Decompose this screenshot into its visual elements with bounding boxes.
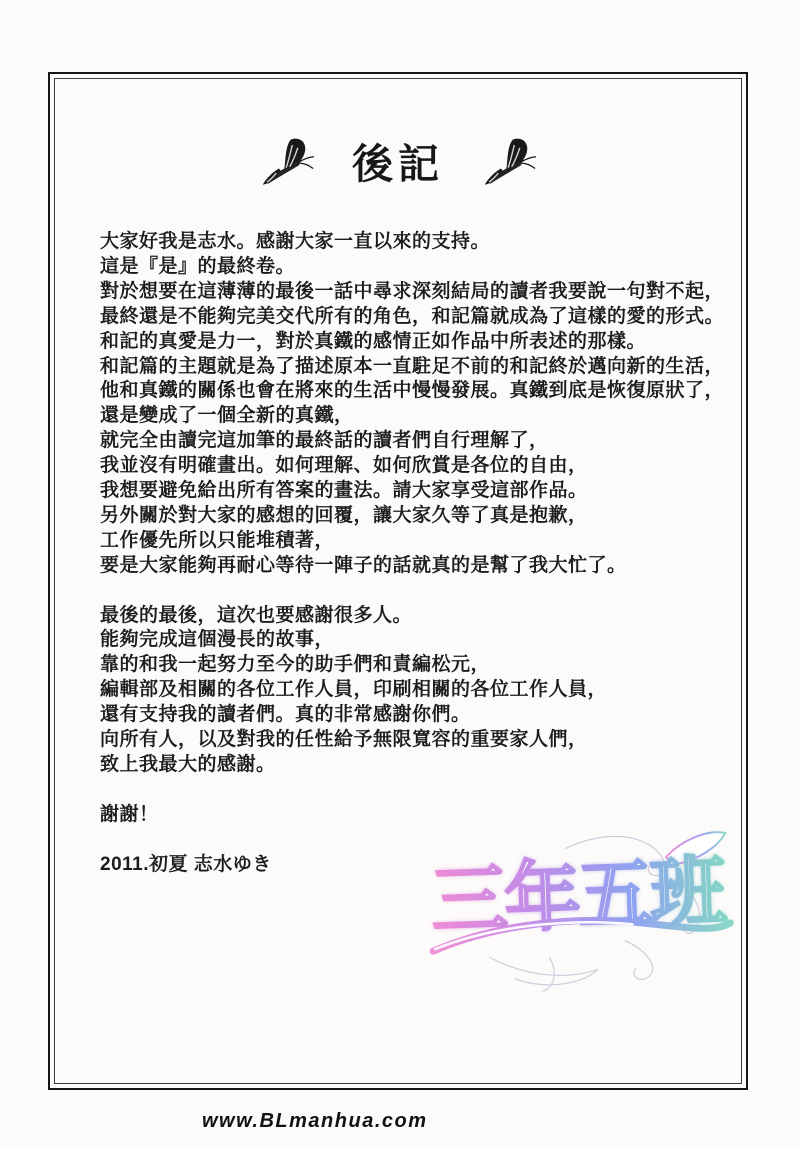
page-title: 後記 — [352, 144, 444, 185]
text-line: 大家好我是志水。感謝大家一直以來的支持。 — [100, 230, 748, 255]
footer-url: www.BLmanhua.com — [202, 1110, 428, 1133]
text-line: 還有支持我的讀者們。真的非常感謝你們。 — [100, 703, 748, 728]
text-line: 他和真鐵的關係也會在將來的生活中慢慢發展。真鐵到底是恢復原狀了， — [100, 379, 748, 404]
text-line: 謝謝！ — [100, 803, 748, 828]
text-line: 致上我最大的感謝。 — [100, 753, 748, 778]
text-line: 要是大家能夠再耐心等待一陣子的話就真的是幫了我大忙了。 — [100, 554, 748, 579]
text-line: 就完全由讀完這加筆的最終話的讀者們自行理解了， — [100, 429, 748, 454]
signature-line: 2011.初夏 志水ゆき — [100, 853, 748, 878]
text-line: 最終還是不能夠完美交代所有的角色，和記篇就成為了這樣的愛的形式。 — [100, 305, 748, 330]
title-row: 後記 — [48, 128, 748, 200]
text-line: 另外關於對大家的感想的回覆，讓大家久等了真是抱歉， — [100, 504, 748, 529]
text-line: 這是『是』的最終卷。 — [100, 255, 748, 280]
text-line: 我並沒有明確畫出。如何理解、如何欣賞是各位的自由， — [100, 454, 748, 479]
text-line: 和記篇的主題就是為了描述原本一直駐足不前的和記終於邁向新的生活， — [100, 355, 748, 380]
text-line — [100, 778, 748, 803]
scanned-page: 後記 大家好我是志水。感謝大家一直以來的支持。 這是『是』的最終卷。 對於想要在… — [0, 0, 800, 1149]
text-line: 還是變成了一個全新的真鐵， — [100, 404, 748, 429]
text-line — [100, 828, 748, 853]
text-line — [100, 579, 748, 604]
butterfly-left-icon — [258, 137, 316, 191]
afterword-text: 大家好我是志水。感謝大家一直以來的支持。 這是『是』的最終卷。 對於想要在這薄薄… — [100, 230, 748, 878]
text-line: 能夠完成這個漫長的故事， — [100, 628, 748, 653]
text-line: 工作優先所以只能堆積著， — [100, 529, 748, 554]
butterfly-right-icon — [480, 137, 538, 191]
text-line: 對於想要在這薄薄的最後一話中尋求深刻結局的讀者我要說一句對不起， — [100, 280, 748, 305]
text-line: 靠的和我一起努力至今的助手們和責編松元， — [100, 653, 748, 678]
text-line: 編輯部及相關的各位工作人員，印刷相關的各位工作人員， — [100, 678, 748, 703]
text-line: 向所有人，以及對我的任性給予無限寬容的重要家人們， — [100, 728, 748, 753]
text-line: 和記的真愛是力一，對於真鐵的感情正如作品中所表述的那樣。 — [100, 330, 748, 355]
text-line: 我想要避免給出所有答案的畫法。請大家享受這部作品。 — [100, 479, 748, 504]
text-line: 最後的最後，這次也要感謝很多人。 — [100, 604, 748, 629]
